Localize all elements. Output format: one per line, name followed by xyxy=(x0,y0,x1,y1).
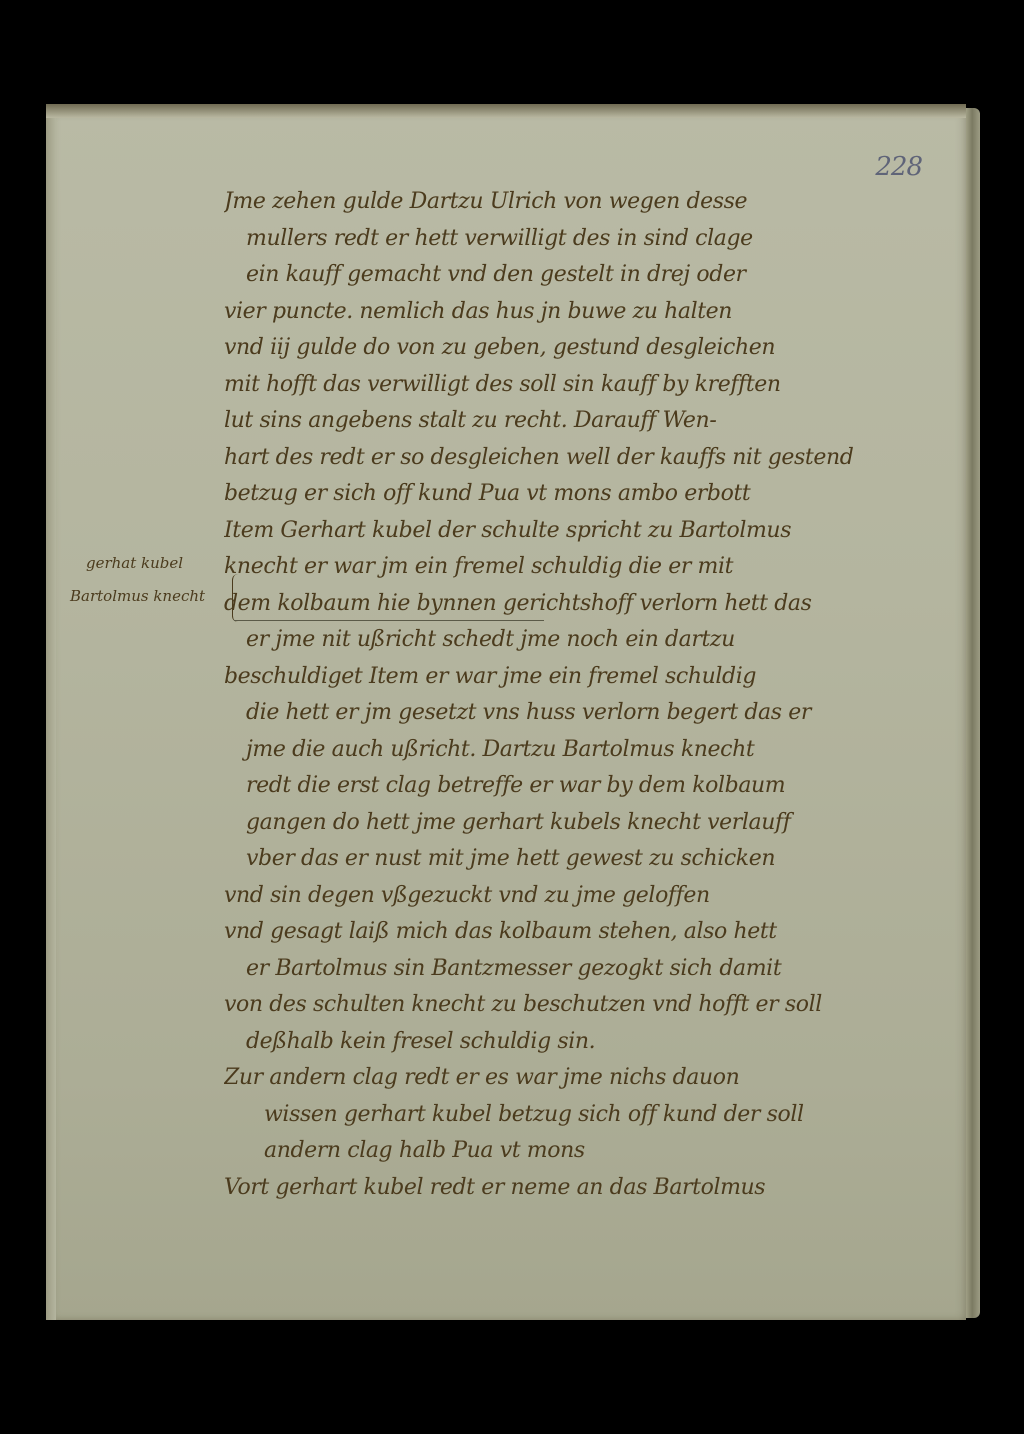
manuscript-page: 228 gerhat kubel Bartolmus knecht Jme ze… xyxy=(46,104,966,1320)
text-line: andern clag halb Pua vt mons xyxy=(224,1133,944,1170)
text-line: Item Gerhart kubel der schulte spricht z… xyxy=(224,513,944,550)
text-line: lut sins angebens stalt zu recht. Darauf… xyxy=(224,403,944,440)
text-line: er Bartolmus sin Bantzmesser gezogkt sic… xyxy=(224,951,944,988)
text-line: hart des redt er so desgleichen well der… xyxy=(224,440,944,477)
text-line: Jme zehen gulde Dartzu Ulrich von wegen … xyxy=(224,184,944,221)
folio-number: 228 xyxy=(875,152,922,182)
margin-note-gerhat-kubel: gerhat kubel xyxy=(86,554,183,572)
text-line: wissen gerhart kubel betzug sich off kun… xyxy=(224,1097,944,1134)
text-line: vnd sin degen vßgezuckt vnd zu jme gelof… xyxy=(224,878,944,915)
text-line: betzug er sich off kund Pua vt mons ambo… xyxy=(224,476,944,513)
text-line: vnd iij gulde do von zu geben, gestund d… xyxy=(224,330,944,367)
text-line: jme die auch ußricht. Dartzu Bartolmus k… xyxy=(224,732,944,769)
main-text-block: Jme zehen gulde Dartzu Ulrich von wegen … xyxy=(224,184,944,1206)
text-line: Vort gerhart kubel redt er neme an das B… xyxy=(224,1170,944,1207)
text-line: redt die erst clag betreffe er war by de… xyxy=(224,768,944,805)
text-line: die hett er jm gesetzt vns huss verlorn … xyxy=(224,695,944,732)
text-line: deßhalb kein fresel schuldig sin. xyxy=(224,1024,944,1061)
text-line: mullers redt er hett verwilligt des in s… xyxy=(224,221,944,258)
text-line: gangen do hett jme gerhart kubels knecht… xyxy=(224,805,944,842)
text-line: vnd gesagt laiß mich das kolbaum stehen,… xyxy=(224,914,944,951)
text-line: vber das er nust mit jme hett gewest zu … xyxy=(224,841,944,878)
text-line: von des schulten knecht zu beschutzen vn… xyxy=(224,987,944,1024)
text-line: beschuldiget Item er war jme ein fremel … xyxy=(224,659,944,696)
text-line: dem kolbaum hie bynnen gerichtshoff verl… xyxy=(224,586,944,623)
text-line: ein kauff gemacht vnd den gestelt in dre… xyxy=(224,257,944,294)
margin-note-bartolmus-knecht: Bartolmus knecht xyxy=(70,587,205,605)
text-line: vier puncte. nemlich das hus jn buwe zu … xyxy=(224,294,944,331)
text-line: knecht er war jm ein fremel schuldig die… xyxy=(224,549,944,586)
text-line: er jme nit ußricht schedt jme noch ein d… xyxy=(224,622,944,659)
text-line: Zur andern clag redt er es war jme nichs… xyxy=(224,1060,944,1097)
page-top-edge xyxy=(46,104,966,118)
text-line: mit hofft das verwilligt des soll sin ka… xyxy=(224,367,944,404)
